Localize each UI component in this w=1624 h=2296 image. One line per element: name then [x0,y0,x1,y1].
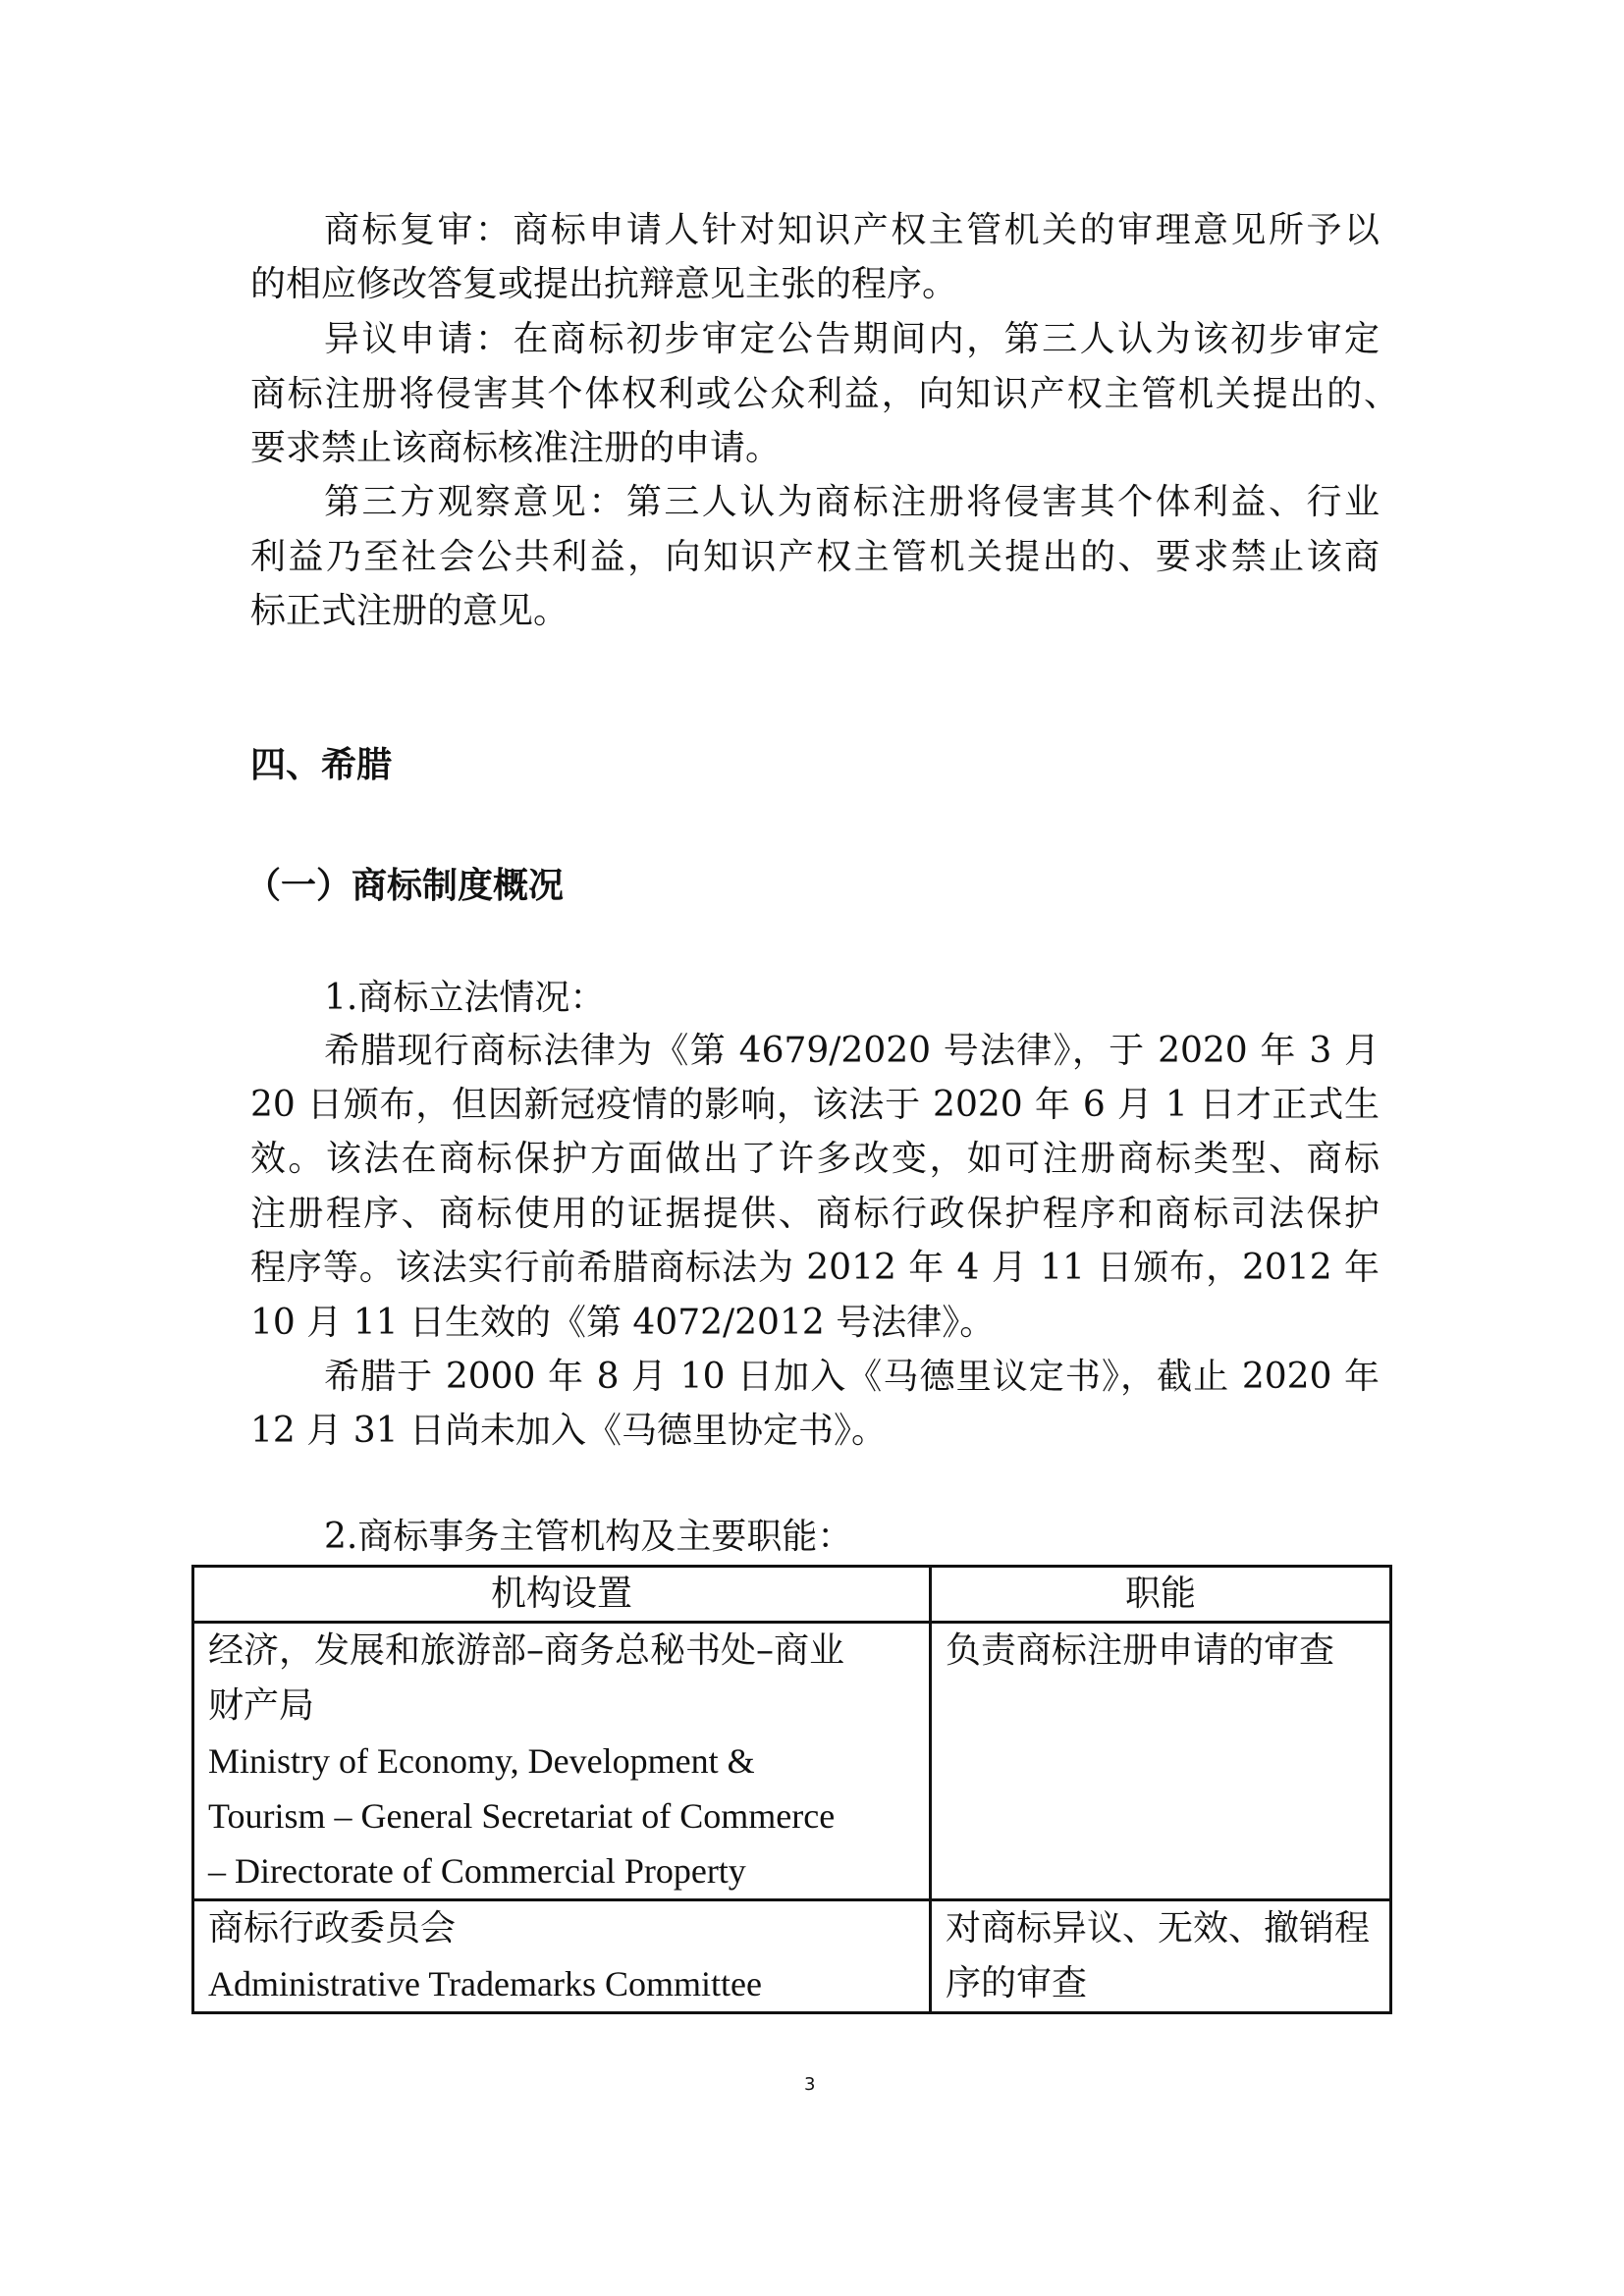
org-name-en: – Directorate of Commercial Property [208,1843,915,1898]
text-line: 程序等。该法实行前希腊商标法为 2012 年 4 月 11 日颁布，2012 年 [250,1241,1380,1296]
function-cell: 对商标异议、无效、撤销程序的审查 [931,1900,1391,2013]
subsection-heading: （一）商标制度概况 [245,859,564,914]
column-header-function: 职能 [931,1567,1391,1623]
item2-title: 2.商标事务主管机构及主要职能： [324,1510,1380,1565]
organization-cell: 商标行政委员会 Administrative Trademarks Commit… [193,1900,931,2013]
section-heading: 四、希腊 [250,738,392,793]
text-line: 要求禁止该商标核准注册的申请。 [250,421,1380,476]
text-line: 效。该法在商标保护方面做出了许多改变，如可注册商标类型、商标 [250,1132,1380,1187]
organization-cell: 经济，发展和旅游部–商务总秘书处–商业 财产局 Ministry of Econ… [193,1623,931,1900]
org-name-cn: 财产局 [208,1679,915,1734]
table-row: 商标行政委员会 Administrative Trademarks Commit… [193,1900,1391,2013]
text-line: 第三方观察意见：第三人认为商标注册将侵害其个体利益、行业 [324,475,1380,530]
text-line: 利益乃至社会公共利益，向知识产权主管机关提出的、要求禁止该商 [250,530,1380,585]
text-line: 12 月 31 日尚未加入《马德里协定书》。 [250,1404,1380,1459]
org-name-en: Ministry of Economy, Development & [208,1734,915,1789]
text-line: 希腊于 2000 年 8 月 10 日加入《马德里议定书》，截止 2020 年 [324,1350,1380,1405]
column-header-organization: 机构设置 [193,1567,931,1623]
text-line: 商标复审：商标申请人针对知识产权主管机关的审理意见所予以 [324,203,1380,258]
item1-title: 1.商标立法情况： [324,971,1380,1026]
text-line: 标正式注册的意见。 [250,584,1380,639]
authorities-table: 机构设置 职能 经济，发展和旅游部–商务总秘书处–商业 财产局 Ministry… [191,1565,1392,2014]
text-line: 的相应修改答复或提出抗辩意见主张的程序。 [250,257,1380,312]
text-line: 希腊现行商标法律为《第 4679/2020 号法律》，于 2020 年 3 月 [324,1024,1380,1079]
text-line: 20 日颁布，但因新冠疫情的影响，该法于 2020 年 6 月 1 日才正式生 [250,1078,1380,1133]
org-name-en: Tourism – General Secretariat of Commerc… [208,1789,915,1843]
text-line: 注册程序、商标使用的证据提供、商标行政保护程序和商标司法保护 [250,1187,1380,1242]
org-name-cn: 商标行政委员会 [208,1901,915,1956]
org-name-en: Administrative Trademarks Committee [208,1956,915,2011]
text-line: 异议申请：在商标初步审定公告期间内，第三人认为该初步审定 [324,312,1380,367]
page-number: 3 [804,2074,815,2095]
table-row: 经济，发展和旅游部–商务总秘书处–商业 财产局 Ministry of Econ… [193,1623,1391,1900]
text-line: 10 月 11 日生效的《第 4072/2012 号法律》。 [250,1296,1380,1351]
function-cell: 负责商标注册申请的审查 [931,1623,1391,1900]
text-line: 商标注册将侵害其个体权利或公众利益，向知识产权主管机关提出的、 [250,367,1399,422]
table-header-row: 机构设置 职能 [193,1567,1391,1623]
org-name-cn: 经济，发展和旅游部–商务总秘书处–商业 [208,1624,915,1679]
